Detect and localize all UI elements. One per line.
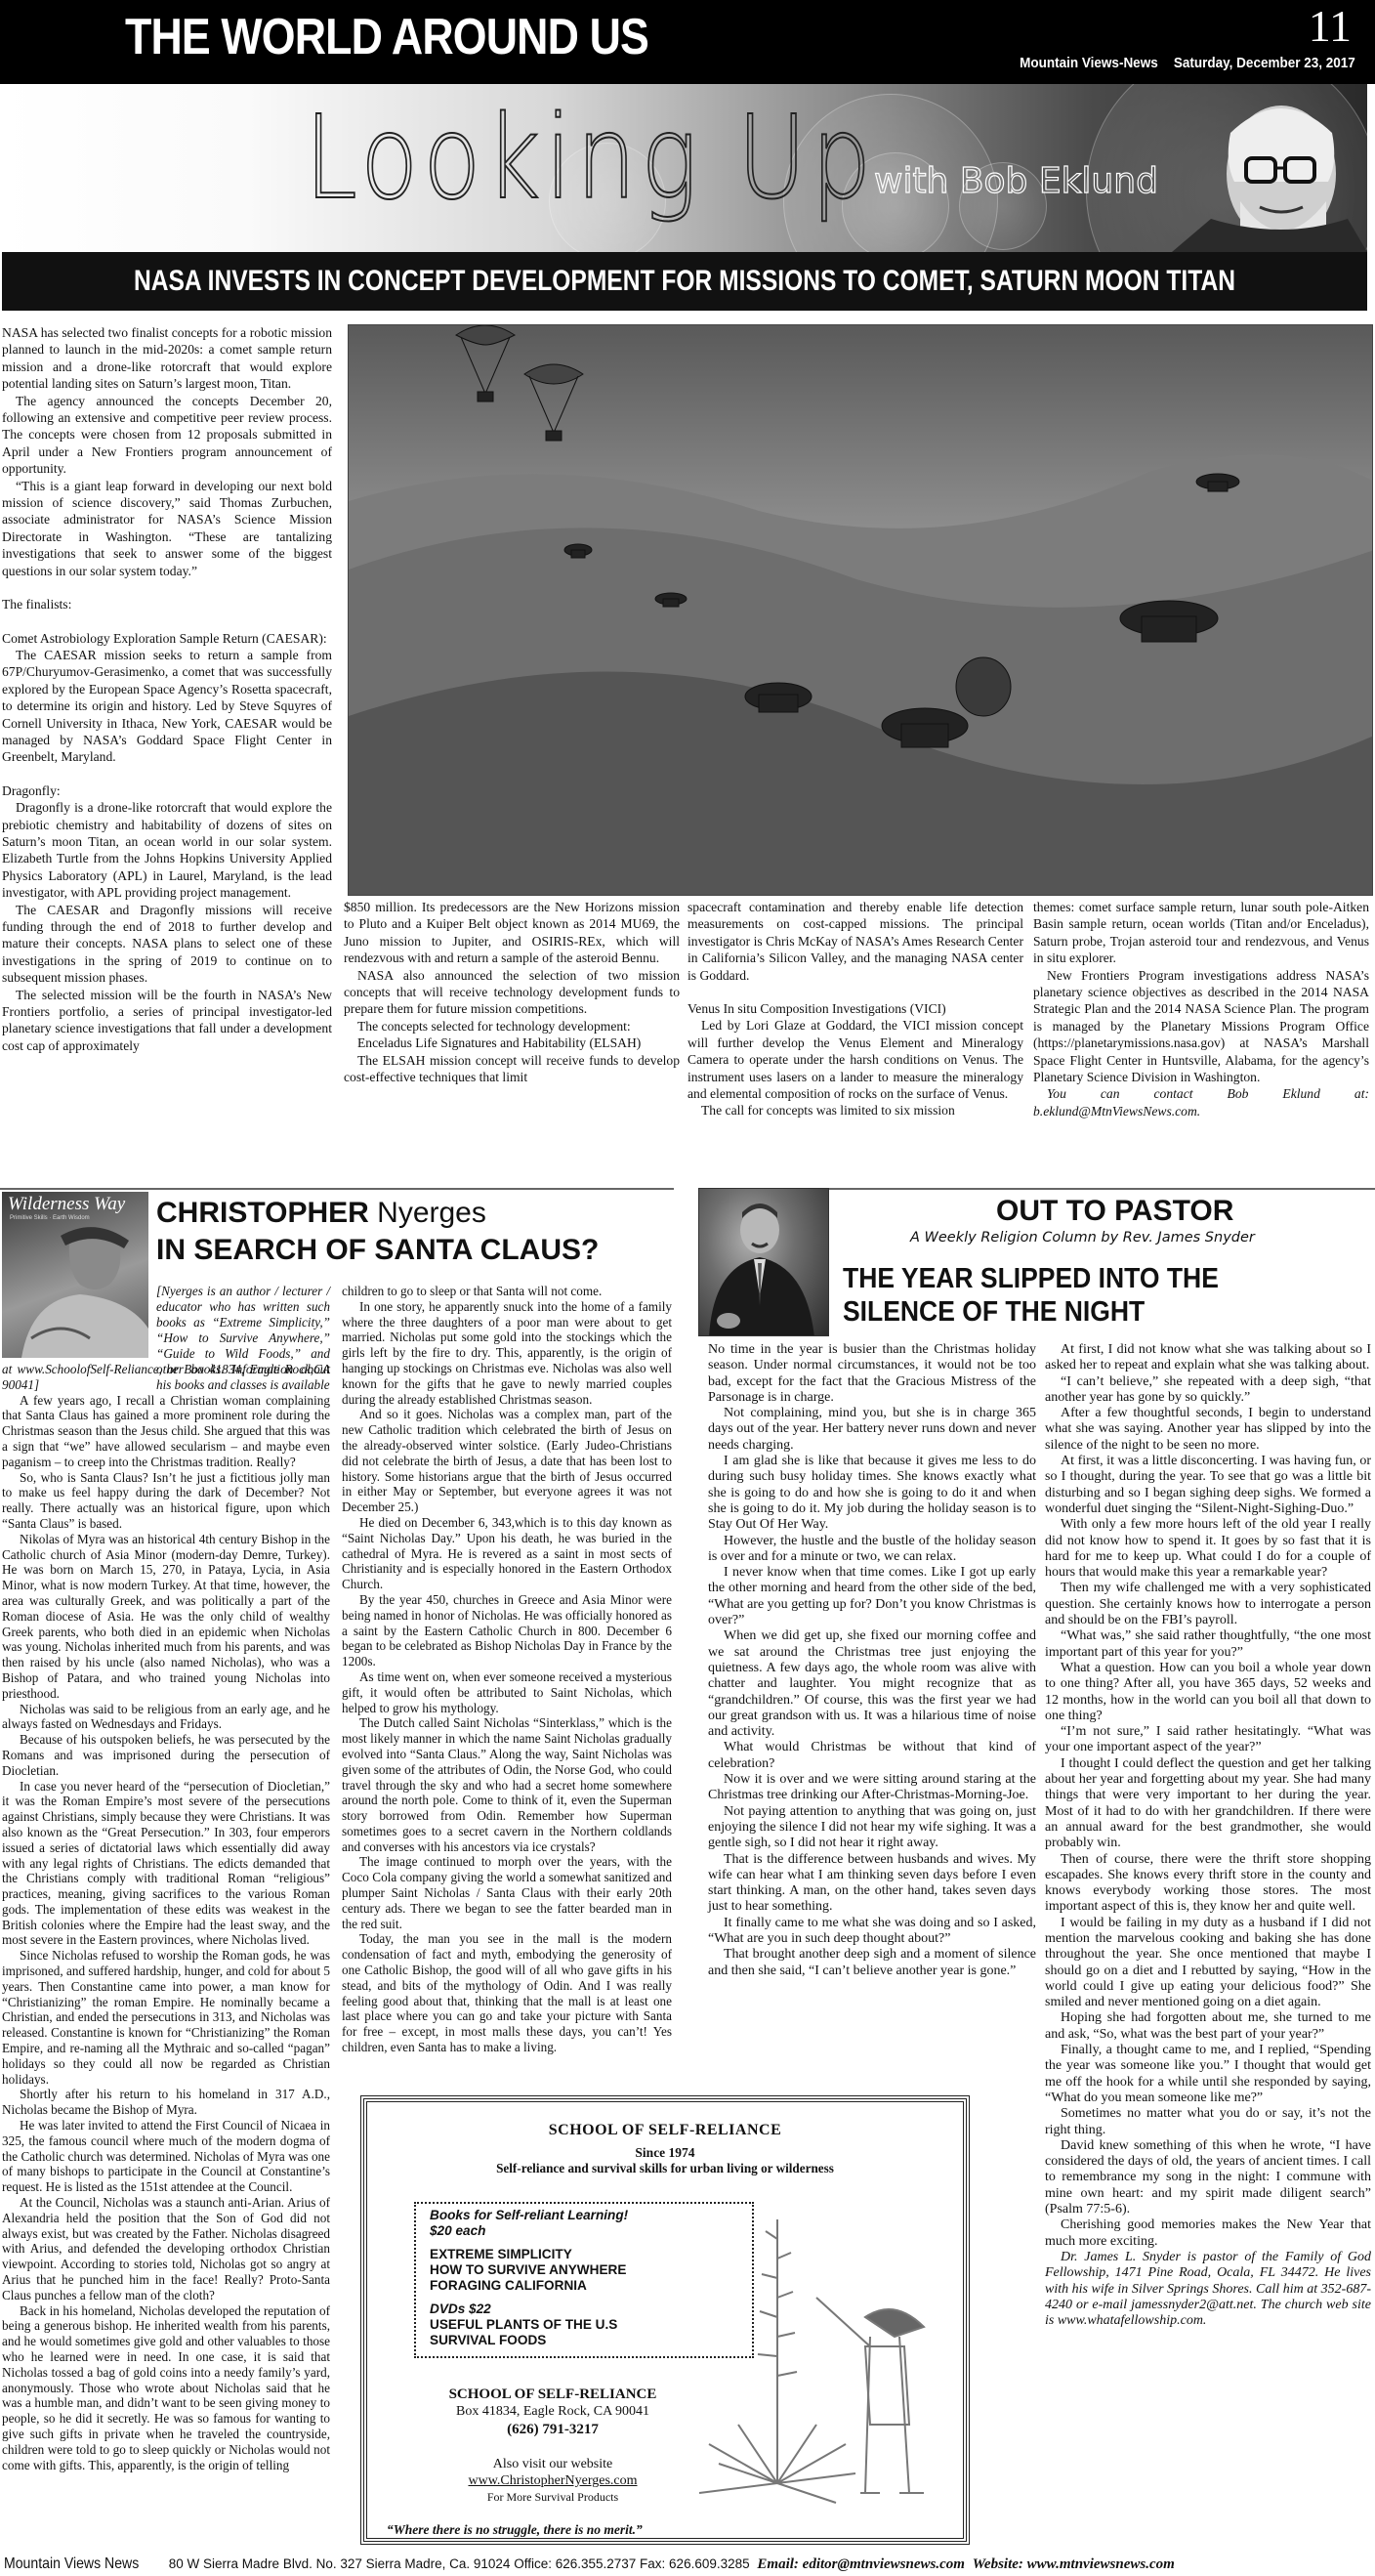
paragraph: I would be failing in my duty as a husba… [1045, 1916, 1371, 2011]
ad-quote: “Where there is no struggle, there is no… [387, 2522, 643, 2538]
paragraph: He died on December 6, 343,which is to t… [342, 1515, 672, 1592]
yucca-forager-illustration [699, 2200, 953, 2513]
subhead: Venus In situ Composition Investigations… [687, 1000, 1023, 1017]
author-bio-continued: at www.SchoolofSelf-Reliance, or Box 418… [2, 1362, 330, 1393]
footer-publication: Mountain Views News [4, 2552, 139, 2576]
nasa-article-column-4: themes: comet surface sample return, lun… [1033, 899, 1369, 1119]
column-title-out-to-pastor: OUT TO PASTOR [996, 1194, 1233, 1229]
section-title: THE WORLD AROUND US [125, 8, 648, 66]
dvd-title: USEFUL PLANTS OF THE U.S [430, 2317, 738, 2333]
column-subtitle: A Weekly Religion Column by Rev. James S… [910, 1229, 1255, 1246]
issue-date: Saturday, December 23, 2017 [1174, 55, 1355, 71]
paragraph: The ELSAH mission concept will receive f… [344, 1052, 680, 1086]
paragraph: So, who is Santa Claus? Isn’t he just a … [2, 1470, 330, 1532]
publication-dateline: Mountain Views-NewsSaturday, December 23… [1004, 55, 1355, 71]
santa-article-column-1: at www.SchoolofSelf-Reliance, or Box 418… [2, 1362, 330, 2472]
dvd-title: SURVIVAL FOODS [430, 2333, 738, 2348]
paragraph: Nicholas was said to be religious from a… [2, 1702, 330, 1733]
subhead: The finalists: [2, 596, 332, 612]
paragraph: Then of course, there were the thrift st… [1045, 1852, 1371, 1916]
ad-tagline: Self-reliance and survival skills for ur… [371, 2161, 959, 2176]
paragraph: themes: comet surface sample return, lun… [1033, 899, 1369, 967]
masthead: THE WORLD AROUND US 11 Mountain Views-Ne… [0, 0, 1375, 84]
book-title: HOW TO SURVIVE ANYWHERE [430, 2262, 738, 2278]
paragraph: I never know when that time comes. Like … [708, 1565, 1036, 1628]
paragraph: As time went on, when ever someone recei… [342, 1669, 672, 1715]
paragraph: children to go to sleep or that Santa wi… [342, 1284, 672, 1299]
paragraph: The image continued to morph over the ye… [342, 1854, 672, 1931]
school-of-self-reliance-ad: SCHOOL OF SELF-RELIANCE Since 1974 Self-… [363, 2098, 967, 2542]
paragraph: What would Christmas be without that kin… [708, 1740, 1036, 1772]
paragraph: Nikolas of Myra was an historical 4th ce… [2, 1532, 330, 1702]
paragraph: $850 million. Its predecessors are the N… [344, 899, 680, 967]
paragraph: Since Nicholas refused to worship the Ro… [2, 1948, 330, 2087]
ad-since: Since 1974 [371, 2145, 959, 2161]
paragraph: NASA has selected two finalist concepts … [2, 324, 332, 393]
ad-web-intro: Also visit our website [426, 2456, 680, 2472]
columnist-first-name: CHRISTOPHER [156, 1197, 369, 1229]
paragraph: New Frontiers Program investigations add… [1033, 967, 1369, 1086]
paragraph: Not paying attention to anything that wa… [708, 1804, 1036, 1852]
ad-address-block: SCHOOL OF SELF-RELIANCE Box 41834, Eagle… [426, 2386, 680, 2438]
paragraph: Dragonfly is a drone-like rotorcraft tha… [2, 799, 332, 901]
paragraph: Finally, a thought came to me, and I rep… [1045, 2043, 1371, 2106]
page-footer: Mountain Views News 80 W Sierra Madre Bl… [0, 2552, 1375, 2576]
page-number: 11 [1309, 2, 1352, 51]
ad-phone: (626) 791-3217 [426, 2421, 680, 2438]
paragraph: When we did get up, she fixed our mornin… [708, 1628, 1036, 1740]
subhead: Dragonfly: [2, 782, 332, 799]
ad-address-name: SCHOOL OF SELF-RELIANCE [426, 2386, 680, 2403]
paragraph: A few years ago, I recall a Christian wo… [2, 1393, 330, 1470]
ad-website-block: Also visit our website www.ChristopherNy… [426, 2456, 680, 2506]
paragraph: That is the difference between husbands … [708, 1852, 1036, 1916]
paragraph: No time in the year is busier than the C… [708, 1342, 1036, 1406]
ad-web-note: For More Survival Products [426, 2489, 680, 2506]
section-divider [0, 1188, 674, 1190]
paragraph: The CAESAR and Dragonfly missions will r… [2, 902, 332, 987]
paragraph: “What was,” she said rather thoughtfully… [1045, 1628, 1371, 1661]
books-heading: Books for Self-reliant Learning! [430, 2208, 738, 2223]
paragraph: Back in his homeland, Nicholas developed… [2, 2303, 330, 2473]
paragraph: David knew something of this when he wro… [1045, 2138, 1371, 2217]
paragraph: At first, I did not know what she was ta… [1045, 1342, 1371, 1374]
paragraph: Hoping she had forgotten about me, she t… [1045, 2010, 1371, 2043]
paragraph: “This is a giant leap forward in develop… [2, 478, 332, 579]
paragraph: That brought another deep sigh and a mom… [708, 1947, 1036, 1979]
paragraph: With only a few more hours left of the o… [1045, 1517, 1371, 1581]
headline-bar: NASA INVESTS IN CONCEPT DEVELOPMENT FOR … [2, 252, 1367, 311]
author-contact: You can contact Bob Eklund at: b.eklund@… [1033, 1085, 1369, 1119]
paragraph: Not complaining, mind you, but she is in… [708, 1406, 1036, 1454]
book-title: EXTREME SIMPLICITY [430, 2247, 738, 2262]
dvds-heading: DVDs $22 [430, 2302, 738, 2317]
nasa-article-column-3: spacecraft contamination and thereby ena… [687, 899, 1023, 1119]
paragraph: Led by Lori Glaze at Goddard, the VICI m… [687, 1017, 1023, 1102]
footer-email[interactable]: Email: editor@mtnviewsnews.com [757, 2556, 964, 2572]
paragraph: Shortly after his return to his homeland… [2, 2087, 330, 2118]
person-silhouette [2, 1192, 148, 1358]
paragraph: The call for concepts was limited to six… [687, 1102, 1023, 1119]
ad-address-line: Box 41834, Eagle Rock, CA 90041 [426, 2403, 680, 2421]
paragraph: Then my wife challenged me with a very s… [1045, 1581, 1371, 1628]
paragraph: The selected mission will be the fourth … [2, 987, 332, 1055]
paragraph: However, the hustle and the bustle of th… [708, 1534, 1036, 1566]
paragraph: By the year 450, churches in Greece and … [342, 1592, 672, 1669]
article-title-santa: IN SEARCH OF SANTA CLAUS? [156, 1233, 599, 1268]
paragraph: spacecraft contamination and thereby ena… [687, 899, 1023, 984]
nasa-article-column-1: NASA has selected two finalist concepts … [2, 324, 332, 1054]
paragraph: The CAESAR mission seeks to return a sam… [2, 647, 332, 766]
santa-article-column-2: children to go to sleep or that Santa wi… [342, 1284, 672, 2055]
paragraph: And so it goes. Nicholas was a complex m… [342, 1407, 672, 1515]
paragraph: “I can’t believe,” she repeated with a d… [1045, 1374, 1371, 1407]
book-title: FORAGING CALIFORNIA [430, 2278, 738, 2294]
man-in-suit-portrait [699, 1189, 829, 1336]
nasa-article-column-2: $850 million. Its predecessors are the N… [344, 899, 680, 1085]
columnist-name: CHRISTOPHER Nyerges [156, 1196, 486, 1231]
paragraph: NASA also announced the selection of two… [344, 967, 680, 1018]
titan-landscape-image [349, 325, 1373, 896]
author-note: Dr. James L. Snyder is pastor of the Fam… [1045, 2250, 1371, 2329]
article-title-year-slipped: THE YEAR SLIPPED INTO THE SILENCE OF THE… [843, 1262, 1333, 1329]
paragraph: Now it is over and we were sitting aroun… [708, 1772, 1036, 1804]
paragraph: Today, the man you see in the mall is th… [342, 1931, 672, 2054]
ad-website-link[interactable]: www.ChristopherNyerges.com [426, 2472, 680, 2489]
paragraph: In case you never heard of the “persecut… [2, 1779, 330, 1949]
paragraph: In one story, he apparently snuck into t… [342, 1299, 672, 1408]
columnist-last-name: Nyerges [377, 1197, 486, 1229]
publication-name: Mountain Views-News [1020, 55, 1158, 71]
paragraph: I thought I could deflect the question a… [1045, 1756, 1371, 1852]
paragraph: The agency announced the concepts Decemb… [2, 393, 332, 478]
author-portrait-eklund [1172, 94, 1367, 252]
column-logo: Looking Up [305, 84, 876, 231]
paragraph: It finally came to me what she was doing… [708, 1916, 1036, 1948]
snyder-article-column-1: No time in the year is busier than the C… [708, 1342, 1036, 1979]
paragraph: He was later invited to attend the First… [2, 2118, 330, 2195]
article-headline: NASA INVESTS IN CONCEPT DEVELOPMENT FOR … [125, 252, 1244, 311]
paragraph: After a few thoughtful seconds, I begin … [1045, 1406, 1371, 1454]
snyder-article-column-2: At first, I did not know what she was ta… [1045, 1342, 1371, 2329]
column-banner: Looking Up with Bob Eklund [2, 84, 1367, 252]
column-byline: with Bob Eklund [874, 162, 1158, 201]
ad-title: SCHOOL OF SELF-RELIANCE [371, 2122, 959, 2139]
dragonfly-rotorcraft-illustration [348, 324, 1373, 896]
footer-address: 80 W Sierra Madre Blvd. No. 327 Sierra M… [169, 2556, 750, 2571]
paragraph: The Dutch called Saint Nicholas “Sinterk… [342, 1715, 672, 1854]
paragraph: At first, it was a little disconcerting.… [1045, 1454, 1371, 1517]
paragraph: At the Council, Nicholas was a staunch a… [2, 2195, 330, 2303]
paragraph: Enceladus Life Signatures and Habitabili… [344, 1035, 680, 1051]
paragraph: Cherishing good memories makes the New Y… [1045, 2217, 1371, 2250]
paragraph: The concepts selected for technology dev… [344, 1018, 680, 1035]
footer-website[interactable]: Website: www.mtnviewsnews.com [973, 2556, 1175, 2572]
author-photo-nyerges: Wilderness Way Primitive Skills · Earth … [2, 1192, 148, 1358]
paragraph: Because of his outspoken beliefs, he was… [2, 1732, 330, 1778]
paragraph: Sometimes no matter what you do or say, … [1045, 2106, 1371, 2138]
author-photo-snyder [698, 1188, 829, 1336]
paragraph: I am glad she is like that because it gi… [708, 1454, 1036, 1533]
paragraph: “I’m not sure,” I said rather hesitating… [1045, 1724, 1371, 1756]
subhead: Comet Astrobiology Exploration Sample Re… [2, 630, 332, 647]
paragraph: What a question. How can you boil a whol… [1045, 1661, 1371, 1724]
books-price: $20 each [430, 2223, 738, 2239]
